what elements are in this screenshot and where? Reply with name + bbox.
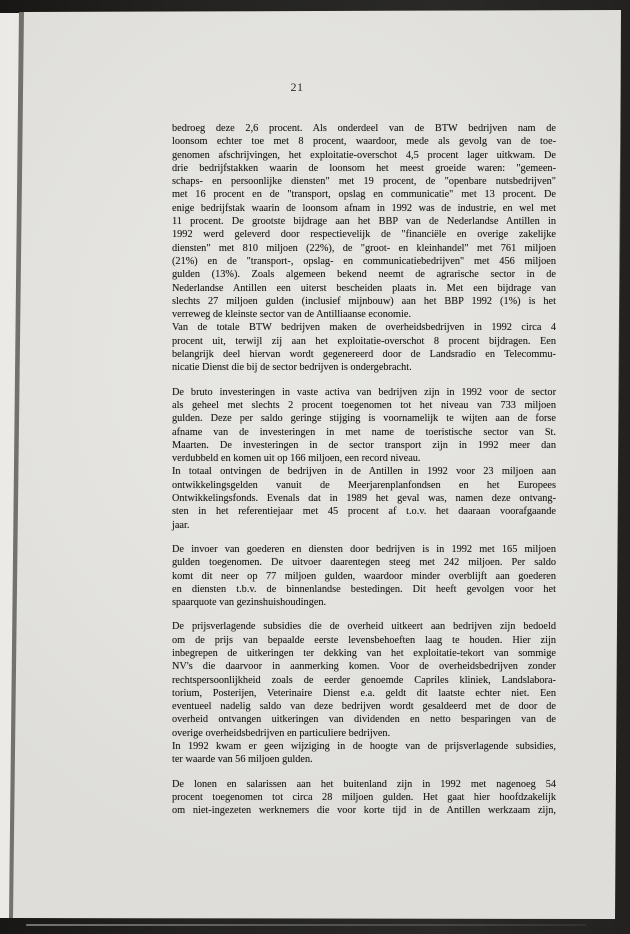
text-line: De lonen en salarissen aan het buitenlan… — [172, 778, 556, 791]
text-line: nicatie Dienst die bij de sector bedrijv… — [172, 361, 556, 374]
text-line: 1992 werd geleverd door respectievelijk … — [172, 228, 556, 241]
text-line: slechts 27 miljoen gulden (inclusief mij… — [172, 295, 556, 308]
text-line: In totaal ontvingen de bedrijven in de A… — [172, 465, 556, 478]
text-line: schaps- en persoonlijke diensten" met 19… — [172, 175, 556, 188]
text-line: als geheel met slechts 2 procent toegeno… — [172, 399, 556, 412]
text-line: loonsom echter toe met 8 procent, waardo… — [172, 135, 556, 148]
page-body-text: bedroeg deze 2,6 procent. Als onderdeel … — [172, 122, 556, 829]
paragraph: De bruto investeringen in vaste activa v… — [172, 386, 556, 532]
text-line: drie bedrijfstakken waarin de loonsom he… — [172, 162, 556, 175]
text-line: In 1992 kwam er geen wijziging in de hoo… — [172, 740, 556, 753]
page-number: 21 — [291, 81, 304, 94]
text-line: gulden. Deze per saldo geringe stijging … — [172, 412, 556, 425]
text-line: procent uit, terwijl zij aan het exploit… — [172, 335, 556, 348]
text-line: genomen afschrijvingen, het exploitatie-… — [172, 149, 556, 162]
text-line: Van de totale BTW bedrijven maken de ove… — [172, 321, 556, 334]
text-line: overige overheidsbedrijven en particulie… — [172, 727, 556, 740]
paragraph: De prijsverlagende subsidies die de over… — [172, 620, 556, 766]
text-line: ter waarde van 56 miljoen gulden. — [172, 753, 556, 766]
text-line: met 16 procent en de "transport, opslag … — [172, 188, 556, 201]
text-line: Ontwikkelingsfonds. Evenals dat in 1989 … — [172, 492, 556, 505]
text-line: sten in het referentiejaar met 45 procen… — [172, 505, 556, 518]
text-line: inbegrepen de uitkeringen ter dekking va… — [172, 647, 556, 660]
text-line: jaar. — [172, 519, 556, 532]
text-line: gulden (13%). Zoals algemeen bekend neem… — [172, 268, 556, 281]
text-line: Nederlandse Antillen een uiterst beschei… — [172, 282, 556, 295]
text-line: verreweg de kleinste sector van de Antil… — [172, 308, 556, 321]
text-line: gulden toegenomen. De uitvoer daarentege… — [172, 556, 556, 569]
text-line: komt dit neer op 77 miljoen gulden, waar… — [172, 570, 556, 583]
text-line: enige bedrijfstak waarin de loonsom afna… — [172, 202, 556, 215]
text-line: procent toegenomen tot circa 28 miljoen … — [172, 791, 556, 804]
text-line: torium, Posterijen, Veterinaire Dienst e… — [172, 687, 556, 700]
text-line: De prijsverlagende subsidies die de over… — [172, 620, 556, 633]
paragraph: De lonen en salarissen aan het buitenlan… — [172, 778, 556, 818]
text-line: NV's die daarvoor in aanmerking komen. V… — [172, 660, 556, 673]
text-line: verdubbeld en komen uit op 166 miljoen, … — [172, 452, 556, 465]
text-line: ontwikkelingsgelden vanuit de Meerjarenp… — [172, 479, 556, 492]
document-page: 21 bedroeg deze 2,6 procent. Als onderde… — [0, 0, 630, 934]
text-line: Maarten. De investeringen in de sector t… — [172, 439, 556, 452]
text-line: De invoer van goederen en diensten door … — [172, 543, 556, 556]
text-line: afname van de investeringen in met name … — [172, 426, 556, 439]
text-line: belangrijk deel hiervan wordt gegenereer… — [172, 348, 556, 361]
text-line: overheid ontvangen uitkeringen van divid… — [172, 713, 556, 726]
text-line: en diensten t.b.v. de binnenlandse beste… — [172, 583, 556, 596]
text-line: diensten" met 810 miljoen (22%), de "gro… — [172, 242, 556, 255]
text-line: De bruto investeringen in vaste activa v… — [172, 386, 556, 399]
text-line: om de prijs van bepaalde eerste levensbe… — [172, 634, 556, 647]
book-bottom-page-edges — [26, 924, 586, 926]
text-line: 11 procent. De grootste bijdrage aan het… — [172, 215, 556, 228]
text-line: eventueel nadelig saldo van deze bedrijv… — [172, 700, 556, 713]
text-line: spaarquote van gezinshuishoudingen. — [172, 596, 556, 609]
text-line: om niet-ingezeten werknemers die voor ko… — [172, 804, 556, 817]
paragraph: De invoer van goederen en diensten door … — [172, 543, 556, 609]
text-line: rechtspersoonlijkheid zoals de eerder ge… — [172, 674, 556, 687]
text-line: bedroeg deze 2,6 procent. Als onderdeel … — [172, 122, 556, 135]
text-line: (21%) en de "transport-, opslag- en comm… — [172, 255, 556, 268]
paragraph: bedroeg deze 2,6 procent. Als onderdeel … — [172, 122, 556, 375]
scanned-book-page: 21 bedroeg deze 2,6 procent. Als onderde… — [0, 0, 630, 934]
